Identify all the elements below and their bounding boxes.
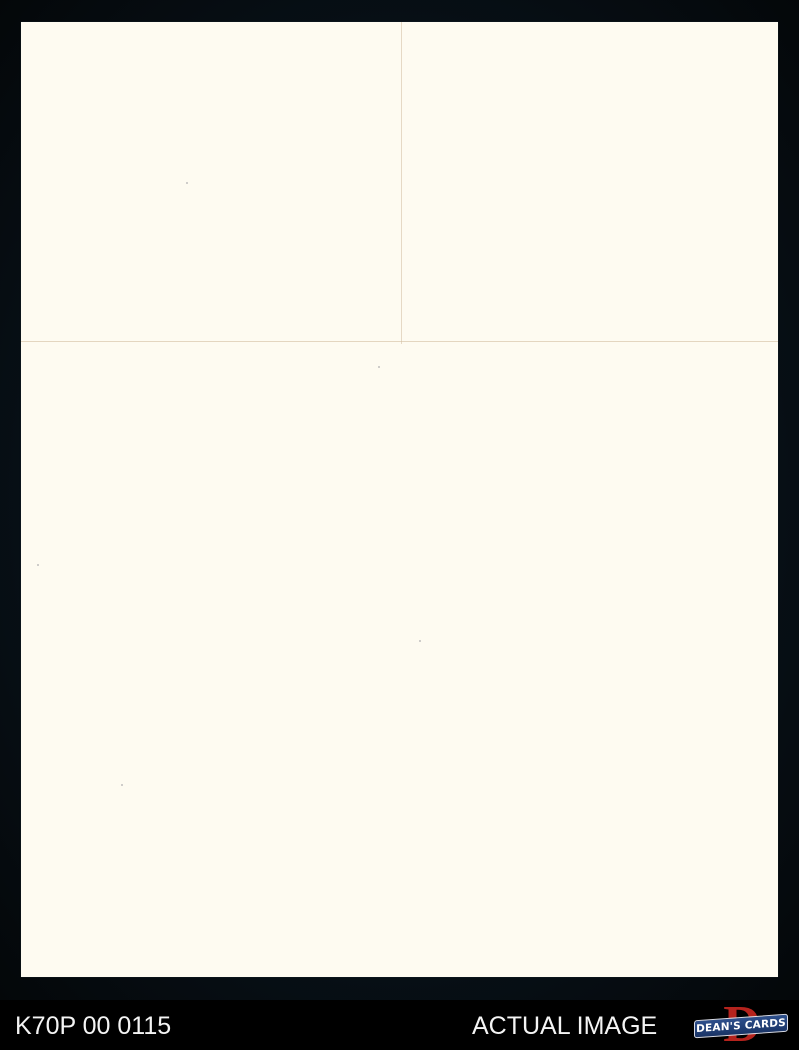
card-back [21,22,778,977]
item-id: K70P 00 0115 [15,1012,171,1041]
vertical-fold-line [401,22,402,344]
paper-speck [121,784,123,786]
deans-cards-logo-icon: D DEAN'S CARDS [694,1004,786,1048]
footer-bar: K70P 00 0115 ACTUAL IMAGE D DEAN'S CARDS [0,1000,799,1050]
paper-speck [37,564,39,566]
horizontal-fold-line [21,341,778,342]
paper-speck [419,640,421,642]
paper-speck [378,366,380,368]
paper-speck [186,182,188,184]
actual-image-label: ACTUAL IMAGE [472,1012,657,1041]
logo-banner: DEAN'S CARDS [694,1014,788,1039]
